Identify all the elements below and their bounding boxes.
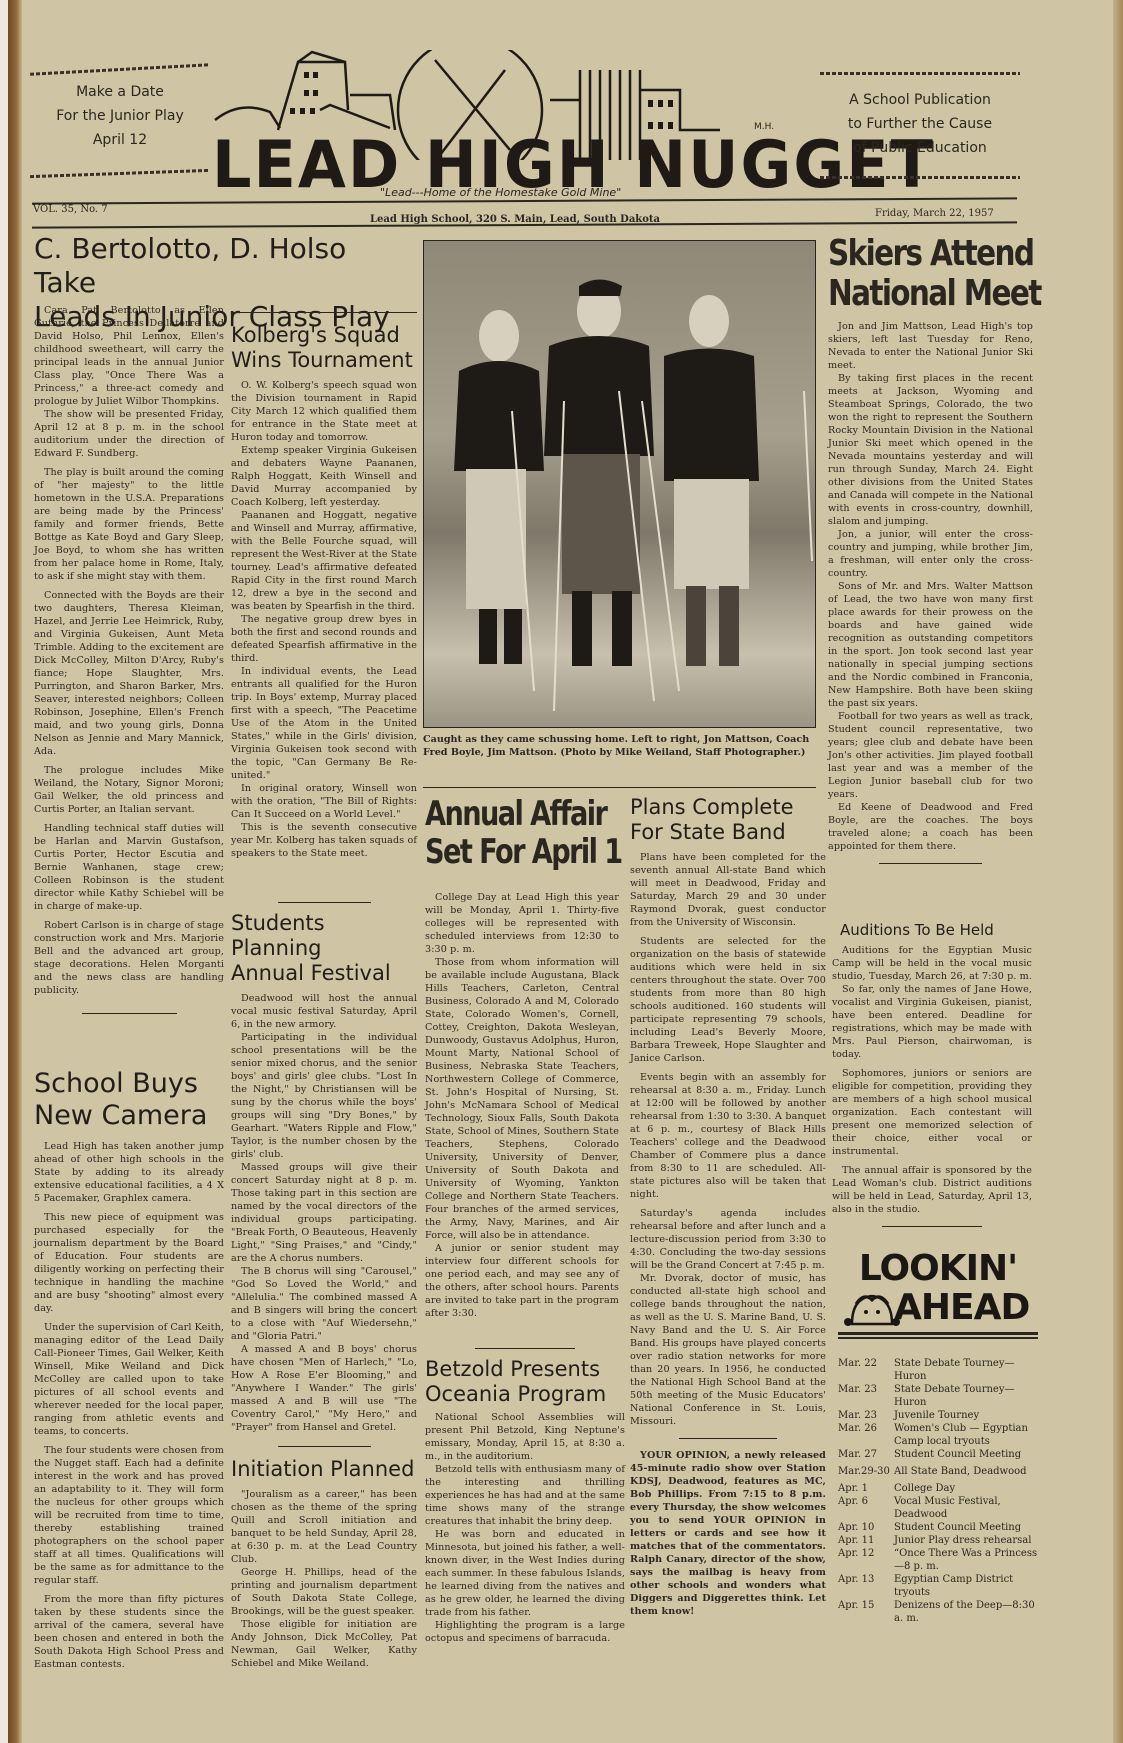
- paragraph: Jon, a junior, will enter the cross-coun…: [828, 528, 1033, 580]
- paragraph: Auditions for the Egyptian Music Camp wi…: [832, 944, 1032, 983]
- three-skiers-image: [424, 241, 816, 728]
- paragraph: So far, only the names of Jane Howe, voc…: [832, 983, 1032, 1061]
- headline: Kolberg's Squad Wins Tournament: [231, 323, 417, 373]
- headline-line: School Buys: [34, 1068, 224, 1100]
- right-ear-line: to Further the Cause: [820, 112, 1020, 136]
- paragraph: The four students were chosen from the N…: [34, 1444, 224, 1587]
- paragraph: The prologue includes Mike Weiland, the …: [34, 764, 224, 816]
- right-ear-line: of Public Education: [820, 136, 1020, 160]
- divider: [838, 1332, 1038, 1335]
- article-college-day: Annual Affair Set For April 1 College Da…: [425, 795, 619, 1320]
- paragraph: Sons of Mr. and Mrs. Walter Mattson of L…: [828, 580, 1033, 710]
- divider: [231, 312, 417, 313]
- article-state-band: Plans Complete For State Band Plans have…: [630, 795, 826, 1618]
- event-date: Apr. 12: [838, 1547, 894, 1573]
- paragraph: The play is built around the coming of "…: [34, 466, 224, 583]
- paragraph: Handling technical staff duties will be …: [34, 822, 224, 913]
- paragraph: The negative group drew byes in both the…: [231, 613, 417, 665]
- paragraph: By taking first places in the recent mee…: [828, 372, 1033, 528]
- headline-line: Annual Affair: [425, 795, 580, 833]
- event-name: Vocal Music Festival, Deadwood: [894, 1495, 1038, 1521]
- left-ear-line: April 12: [40, 128, 200, 152]
- headline-line: Skiers Attend: [828, 234, 996, 274]
- motto: "Lead---Home of the Homestake Gold Mine": [380, 186, 621, 199]
- divider: [278, 902, 371, 903]
- paragraph: Lead High has taken another jump ahead o…: [34, 1140, 224, 1205]
- events-calendar: Mar. 22State Debate Tourney—Huron Mar. 2…: [838, 1357, 1038, 1625]
- photo-caption: Caught as they came schussing home. Left…: [423, 733, 816, 759]
- divider: [475, 1348, 575, 1349]
- article-betzold: Betzold Presents Oceania Program Nationa…: [425, 1348, 625, 1645]
- event-date: Mar. 27: [838, 1448, 894, 1461]
- headline: Students Planning Annual Festival: [231, 911, 417, 986]
- paragraph: "Jouralism as a career," has been chosen…: [231, 1488, 417, 1566]
- event-date: Mar. 26: [838, 1422, 894, 1448]
- paragraph: Participating in the individual school p…: [231, 1031, 417, 1161]
- paragraph: Under the supervision of Carl Keith, man…: [34, 1321, 224, 1438]
- paragraph: George H. Phillips, head of the printing…: [231, 1566, 417, 1618]
- event-date: Apr. 15: [838, 1599, 894, 1625]
- headline: Plans Complete For State Band: [630, 795, 826, 845]
- event-date: Apr. 11: [838, 1534, 894, 1547]
- event-date: Mar.29-30: [838, 1465, 894, 1478]
- right-ear: A School Publication to Further the Caus…: [820, 88, 1020, 160]
- calendar-event: Mar. 23State Debate Tourney—Huron: [838, 1383, 1038, 1409]
- paragraph: Jon and Jim Mattson, Lead High's top ski…: [828, 320, 1033, 372]
- article-new-camera: School Buys New Camera Lead High has tak…: [34, 1068, 224, 1671]
- event-name: Student Council Meeting: [894, 1448, 1038, 1461]
- article-auditions: Auditions To Be Held Auditions for the E…: [832, 920, 1032, 1237]
- event-date: Apr. 1: [838, 1482, 894, 1495]
- calendar-event: Apr. 6Vocal Music Festival, Deadwood: [838, 1495, 1038, 1521]
- headline-line: For State Band: [630, 820, 826, 845]
- calendar-event: Apr. 1College Day: [838, 1482, 1038, 1495]
- left-ear: Make a Date For the Junior Play April 12: [40, 80, 200, 152]
- paragraph: The show will be presented Friday, April…: [34, 408, 224, 460]
- paragraph: Deadwood will host the annual vocal musi…: [231, 992, 417, 1031]
- calendar-event: Mar.29-30All State Band, Deadwood: [838, 1465, 1038, 1478]
- page-edge-right: [1113, 0, 1123, 1743]
- article-junior-play: Cara Pat Bertolotto as Ellen Guthrie, th…: [34, 304, 224, 1022]
- paragraph: College Day at Lead High this year will …: [425, 891, 619, 956]
- paragraph: In original oratory, Winsell won with th…: [231, 782, 417, 821]
- your-opinion-notice: YOUR OPINION, a newly released 45-minute…: [630, 1449, 826, 1618]
- headline: School Buys New Camera: [34, 1068, 224, 1132]
- paragraph: The B chorus will sing "Carousel," "God …: [231, 1265, 417, 1343]
- left-ear-line: Make a Date: [40, 80, 200, 104]
- event-name: Student Council Meeting: [894, 1521, 1038, 1534]
- event-date: Apr. 10: [838, 1521, 894, 1534]
- divider: [82, 1013, 177, 1014]
- headline-line: Oceania Program: [425, 1382, 625, 1407]
- paragraph: Plans have been completed for the sevent…: [630, 851, 826, 929]
- volume-number: VOL. 35, No. 7: [33, 204, 108, 215]
- headline-line: Kolberg's Squad: [231, 323, 417, 348]
- paragraph: Cara Pat Bertolotto as Ellen Guthrie, th…: [34, 304, 224, 408]
- headline-line: New Camera: [34, 1100, 224, 1132]
- paragraph: The annual affair is sponsored by the Le…: [832, 1164, 1032, 1216]
- paragraph: Highlighting the program is a large octo…: [425, 1619, 625, 1645]
- paragraph: Connected with the Boyds are their two d…: [34, 589, 224, 758]
- headline: Betzold Presents Oceania Program: [425, 1357, 625, 1407]
- event-date: Mar. 23: [838, 1383, 894, 1409]
- paragraph: A massed A and B boys' chorus have chose…: [231, 1343, 417, 1434]
- paragraph: This new piece of equipment was purchase…: [34, 1211, 224, 1315]
- peeking-kid-icon: [842, 1290, 902, 1328]
- paragraph: This is the seventh consecutive year Mr.…: [231, 821, 417, 860]
- ornament-dash: [820, 176, 1020, 179]
- lookin-ahead-subtitle-row: AHEAD: [838, 1288, 1038, 1330]
- event-date: Apr. 13: [838, 1573, 894, 1599]
- issue-date: Friday, March 22, 1957: [875, 208, 994, 219]
- skiers-photo: [423, 240, 816, 728]
- event-date: Mar. 23: [838, 1409, 894, 1422]
- headline-line: National Meet: [828, 274, 996, 314]
- event-date: Mar. 22: [838, 1357, 894, 1383]
- article-festival: Students Planning Annual Festival Deadwo…: [231, 902, 417, 1434]
- paragraph: Sophomores, juniors or seniors are eligi…: [832, 1067, 1032, 1158]
- event-date: Apr. 6: [838, 1495, 894, 1521]
- calendar-event: Apr. 11Junior Play dress rehearsal: [838, 1534, 1038, 1547]
- binding-edge: [8, 0, 22, 1743]
- paragraph: Extemp speaker Virginia Gukeisen and deb…: [231, 444, 417, 509]
- right-ear-line: A School Publication: [820, 88, 1020, 112]
- event-name: Junior Play dress rehearsal: [894, 1534, 1038, 1547]
- headline-line: C. Bertolotto, D. Holso Take: [34, 232, 414, 300]
- event-name: Women's Club — Egyptian Camp local tryou…: [894, 1422, 1038, 1448]
- headline: Skiers Attend National Meet: [828, 234, 1033, 320]
- paragraph: Betzold tells with enthusiasm many of th…: [425, 1463, 625, 1528]
- paragraph: Mr. Dvorak, doctor of music, has conduct…: [630, 1272, 826, 1428]
- paragraph: Massed groups will give their concert Sa…: [231, 1161, 417, 1265]
- headline-line: Wins Tournament: [231, 348, 417, 373]
- paragraph: From the more than fifty pictures taken …: [34, 1593, 224, 1671]
- calendar-event: Mar. 23Juvenile Tourney: [838, 1409, 1038, 1422]
- event-name: College Day: [894, 1482, 1038, 1495]
- paragraph: O. W. Kolberg's speech squad won the Div…: [231, 379, 417, 444]
- headline: Annual Affair Set For April 1: [425, 795, 619, 885]
- divider: [679, 1438, 777, 1439]
- calendar-event: Apr. 15Denizens of the Deep—8:30 a. m.: [838, 1599, 1038, 1625]
- paragraph: A junior or senior student may interview…: [425, 1242, 619, 1320]
- article-kolberg: Kolberg's Squad Wins Tournament O. W. Ko…: [231, 312, 417, 860]
- lookin-ahead-title: LOOKIN': [838, 1250, 1038, 1288]
- paragraph: Robert Carlson is in charge of stage con…: [34, 919, 224, 997]
- headline-line: Annual Festival: [231, 961, 417, 986]
- paragraph: Events begin with an assembly for rehear…: [630, 1071, 826, 1201]
- paragraph: Ed Keene of Deadwood and Fred Boyle, are…: [828, 801, 1033, 853]
- calendar-event: Apr. 10Student Council Meeting: [838, 1521, 1038, 1534]
- paragraph: Those from whom information will be avai…: [425, 956, 619, 1242]
- article-initiation: Initiation Planned "Jouralism as a caree…: [231, 1446, 417, 1670]
- headline-line: Betzold Presents: [425, 1357, 625, 1382]
- headline-line: Students Planning: [231, 911, 417, 961]
- headline-line: Plans Complete: [630, 795, 826, 820]
- headline: Initiation Planned: [231, 1457, 417, 1482]
- paragraph: National School Assemblies will present …: [425, 1411, 625, 1463]
- event-name: All State Band, Deadwood: [894, 1465, 1038, 1478]
- lookin-ahead-box: LOOKIN' AHEAD: [838, 1250, 1038, 1339]
- divider: [882, 1226, 982, 1227]
- paragraph: Those eligible for initiation are Andy J…: [231, 1618, 417, 1670]
- event-name: Egyptian Camp District tryouts: [894, 1573, 1038, 1599]
- paragraph: He was born and educated in Minnesota, b…: [425, 1528, 625, 1619]
- event-name: State Debate Tourney—Huron: [894, 1357, 1038, 1383]
- calendar-event: Apr. 13Egyptian Camp District tryouts: [838, 1573, 1038, 1599]
- calendar-event: Apr. 12“Once There Was a Princess—8 p. m…: [838, 1547, 1038, 1573]
- calendar-event: Mar. 22State Debate Tourney—Huron: [838, 1357, 1038, 1383]
- paragraph: Students are selected for the organizati…: [630, 935, 826, 1065]
- event-name: State Debate Tourney—Huron: [894, 1383, 1038, 1409]
- event-name: Denizens of the Deep—8:30 a. m.: [894, 1599, 1038, 1625]
- divider: [278, 1446, 371, 1447]
- article-skiers: Skiers Attend National Meet Jon and Jim …: [828, 234, 1033, 874]
- paragraph: In individual events, the Lead entrants …: [231, 665, 417, 782]
- paragraph: Paananen and Hoggatt, negative and Winse…: [231, 509, 417, 613]
- ornament-dash: [820, 72, 1020, 75]
- divider: [838, 1337, 1038, 1339]
- event-name: Juvenile Tourney: [894, 1409, 1038, 1422]
- event-name: “Once There Was a Princess—8 p. m.: [894, 1547, 1038, 1573]
- paragraph: Saturday's agenda includes rehearsal bef…: [630, 1207, 826, 1272]
- headline: Auditions To Be Held: [832, 920, 1032, 940]
- divider: [879, 863, 982, 864]
- paragraph: Football for two years as well as track,…: [828, 710, 1033, 801]
- headline-line: Set For April 1: [425, 833, 580, 871]
- calendar-event: Mar. 26Women's Club — Egyptian Camp loca…: [838, 1422, 1038, 1448]
- lookin-ahead-title: AHEAD: [894, 1288, 1029, 1328]
- divider: [423, 787, 816, 788]
- left-ear-line: For the Junior Play: [40, 104, 200, 128]
- calendar-event: Mar. 27Student Council Meeting: [838, 1448, 1038, 1461]
